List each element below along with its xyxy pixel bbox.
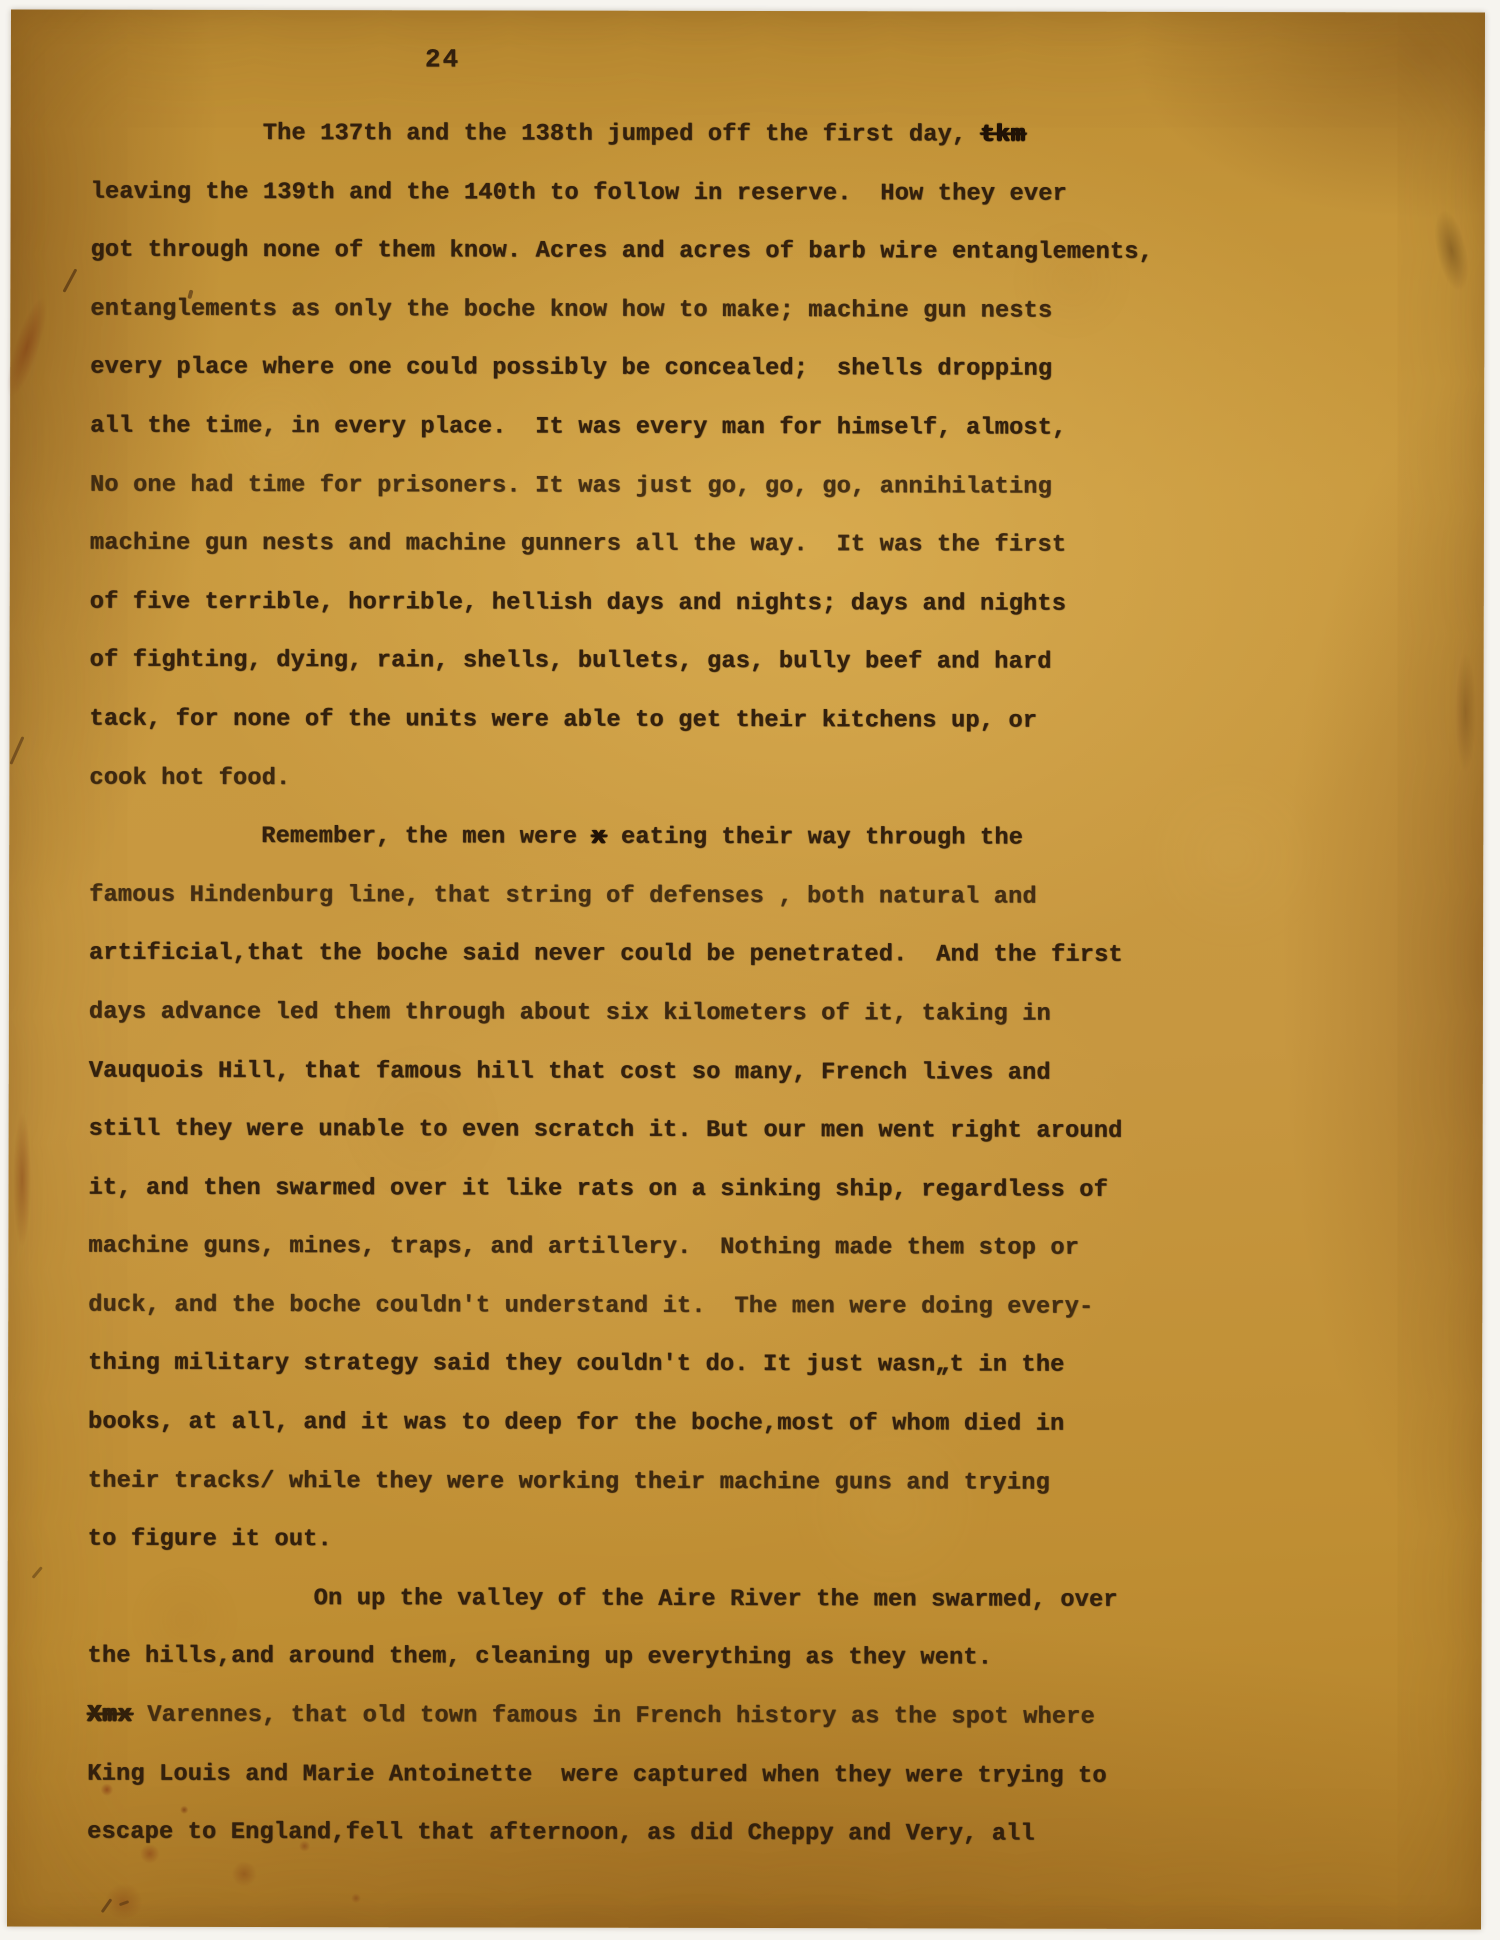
text-line: of five terrible, horrible, hellish days… (90, 573, 1210, 634)
text-segment: duck, and the boche couldn't understand … (88, 1291, 1093, 1320)
text-line: books, at all, and it was to deep for th… (88, 1394, 1208, 1455)
text-line: every place where one could possibly be … (90, 339, 1210, 400)
text-line: machine guns, mines, traps, and artiller… (88, 1218, 1208, 1279)
stray-pen-mark (62, 268, 77, 292)
text-segment: thing military strategy said they couldn… (88, 1350, 1064, 1379)
text-line: No one had time for prisoners. It was ju… (90, 456, 1210, 517)
typewritten-text: The 137th and the 138th jumped off the f… (87, 105, 1211, 1865)
text-line: their tracks/ while they were working th… (88, 1452, 1208, 1513)
text-line: all the time, in every place. It was eve… (90, 398, 1210, 459)
text-line: got through none of them know. Acres and… (90, 222, 1210, 283)
text-line: tack, for none of the units were able to… (89, 691, 1209, 752)
stray-check-mark (101, 1898, 113, 1913)
text-segment: cook hot food. (89, 764, 290, 791)
text-segment: got through none of them know. Acres and… (90, 237, 1153, 266)
text-line: cook hot food. (89, 749, 1209, 810)
text-segment: Remember, the men were (261, 823, 591, 851)
stray-check-mark (119, 1900, 129, 1906)
text-segment: of fighting, dying, rain, shells, bullet… (90, 647, 1052, 676)
text-segment: escape to England,fell that afternoon, a… (87, 1819, 1035, 1848)
text-segment: entanglements as only the boche know how… (90, 295, 1052, 324)
text-segment: their tracks/ while they were working th… (88, 1467, 1050, 1496)
text-segment: every place where one could possibly be … (90, 354, 1052, 383)
text-line: thing military strategy said they couldn… (88, 1335, 1208, 1396)
text-segment: it, and then swarmed over it like rats o… (89, 1174, 1109, 1203)
text-segment: On up the valley of the Aire River the m… (314, 1585, 1118, 1614)
text-line: Remember, the men were x eating their wa… (89, 808, 1209, 869)
text-segment: artificial,that the boche said never cou… (89, 940, 1123, 969)
text-line: On up the valley of the Aire River the m… (88, 1569, 1208, 1630)
text-line: Xmx Varennes, that old town famous in Fr… (87, 1687, 1207, 1748)
text-line: still they were unable to even scratch i… (89, 1101, 1209, 1162)
page-number: 24 (425, 44, 460, 74)
text-segment: Varennes, that old town famous in French… (133, 1702, 1095, 1731)
struck-out-text: Xmx (87, 1702, 133, 1729)
text-line: it, and then swarmed over it like rats o… (88, 1159, 1208, 1220)
stain-right-edge (1411, 176, 1493, 324)
document-page: 24 The 137th and the 138th jumped off th… (7, 9, 1485, 1929)
text-segment: King Louis and Marie Antoinette were cap… (87, 1760, 1107, 1789)
stain-right-middle (1443, 612, 1483, 812)
text-segment: books, at all, and it was to deep for th… (88, 1409, 1064, 1438)
text-line: to figure it out. (88, 1511, 1208, 1572)
stain-left-edge (0, 262, 82, 438)
stain-left-lower (8, 1069, 42, 1289)
text-segment: all the time, in every place. It was eve… (90, 413, 1066, 442)
text-segment: machine gun nests and machine gunners al… (90, 530, 1066, 559)
struck-out-text: x (591, 824, 606, 851)
text-segment: tack, for none of the units were able to… (89, 706, 1037, 735)
text-line: leaving the 139th and the 140th to follo… (91, 163, 1211, 224)
text-line: entanglements as only the boche know how… (90, 280, 1210, 341)
text-line: artificial,that the boche said never cou… (89, 925, 1209, 986)
text-segment: leaving the 139th and the 140th to follo… (91, 178, 1067, 207)
text-segment: the hills,and around them, cleaning up e… (88, 1643, 993, 1672)
text-line: King Louis and Marie Antoinette were cap… (87, 1745, 1207, 1806)
text-segment: famous Hindenburg line, that string of d… (89, 881, 1037, 910)
stray-pen-mark (9, 736, 24, 765)
text-segment: of five terrible, horrible, hellish days… (90, 588, 1066, 617)
text-segment: Vauquois Hill, that famous hill that cos… (89, 1057, 1051, 1086)
text-line: The 137th and the 138th jumped off the f… (91, 105, 1211, 166)
text-line: duck, and the boche couldn't understand … (88, 1276, 1208, 1337)
text-segment: days advance led them through about six … (89, 999, 1051, 1028)
text-line: days advance led them through about six … (89, 984, 1209, 1045)
text-line: machine gun nests and machine gunners al… (90, 515, 1210, 576)
text-segment: No one had time for prisoners. It was ju… (90, 471, 1052, 500)
text-segment: eating their way through the (607, 824, 1023, 852)
text-line: of fighting, dying, rain, shells, bullet… (90, 632, 1210, 693)
stray-check-mark (32, 1566, 43, 1579)
text-line: famous Hindenburg line, that string of d… (89, 866, 1209, 927)
text-line: the hills,and around them, cleaning up e… (87, 1628, 1207, 1689)
text-segment: machine guns, mines, traps, and artiller… (88, 1233, 1079, 1262)
text-line: Vauquois Hill, that famous hill that cos… (89, 1042, 1209, 1103)
text-segment: to figure it out. (88, 1526, 332, 1554)
text-segment: still they were unable to even scratch i… (89, 1116, 1123, 1145)
text-segment: The 137th and the 138th jumped off the f… (263, 120, 981, 149)
struck-out-text: tkm (981, 121, 1027, 148)
text-line: escape to England,fell that afternoon, a… (87, 1804, 1207, 1865)
